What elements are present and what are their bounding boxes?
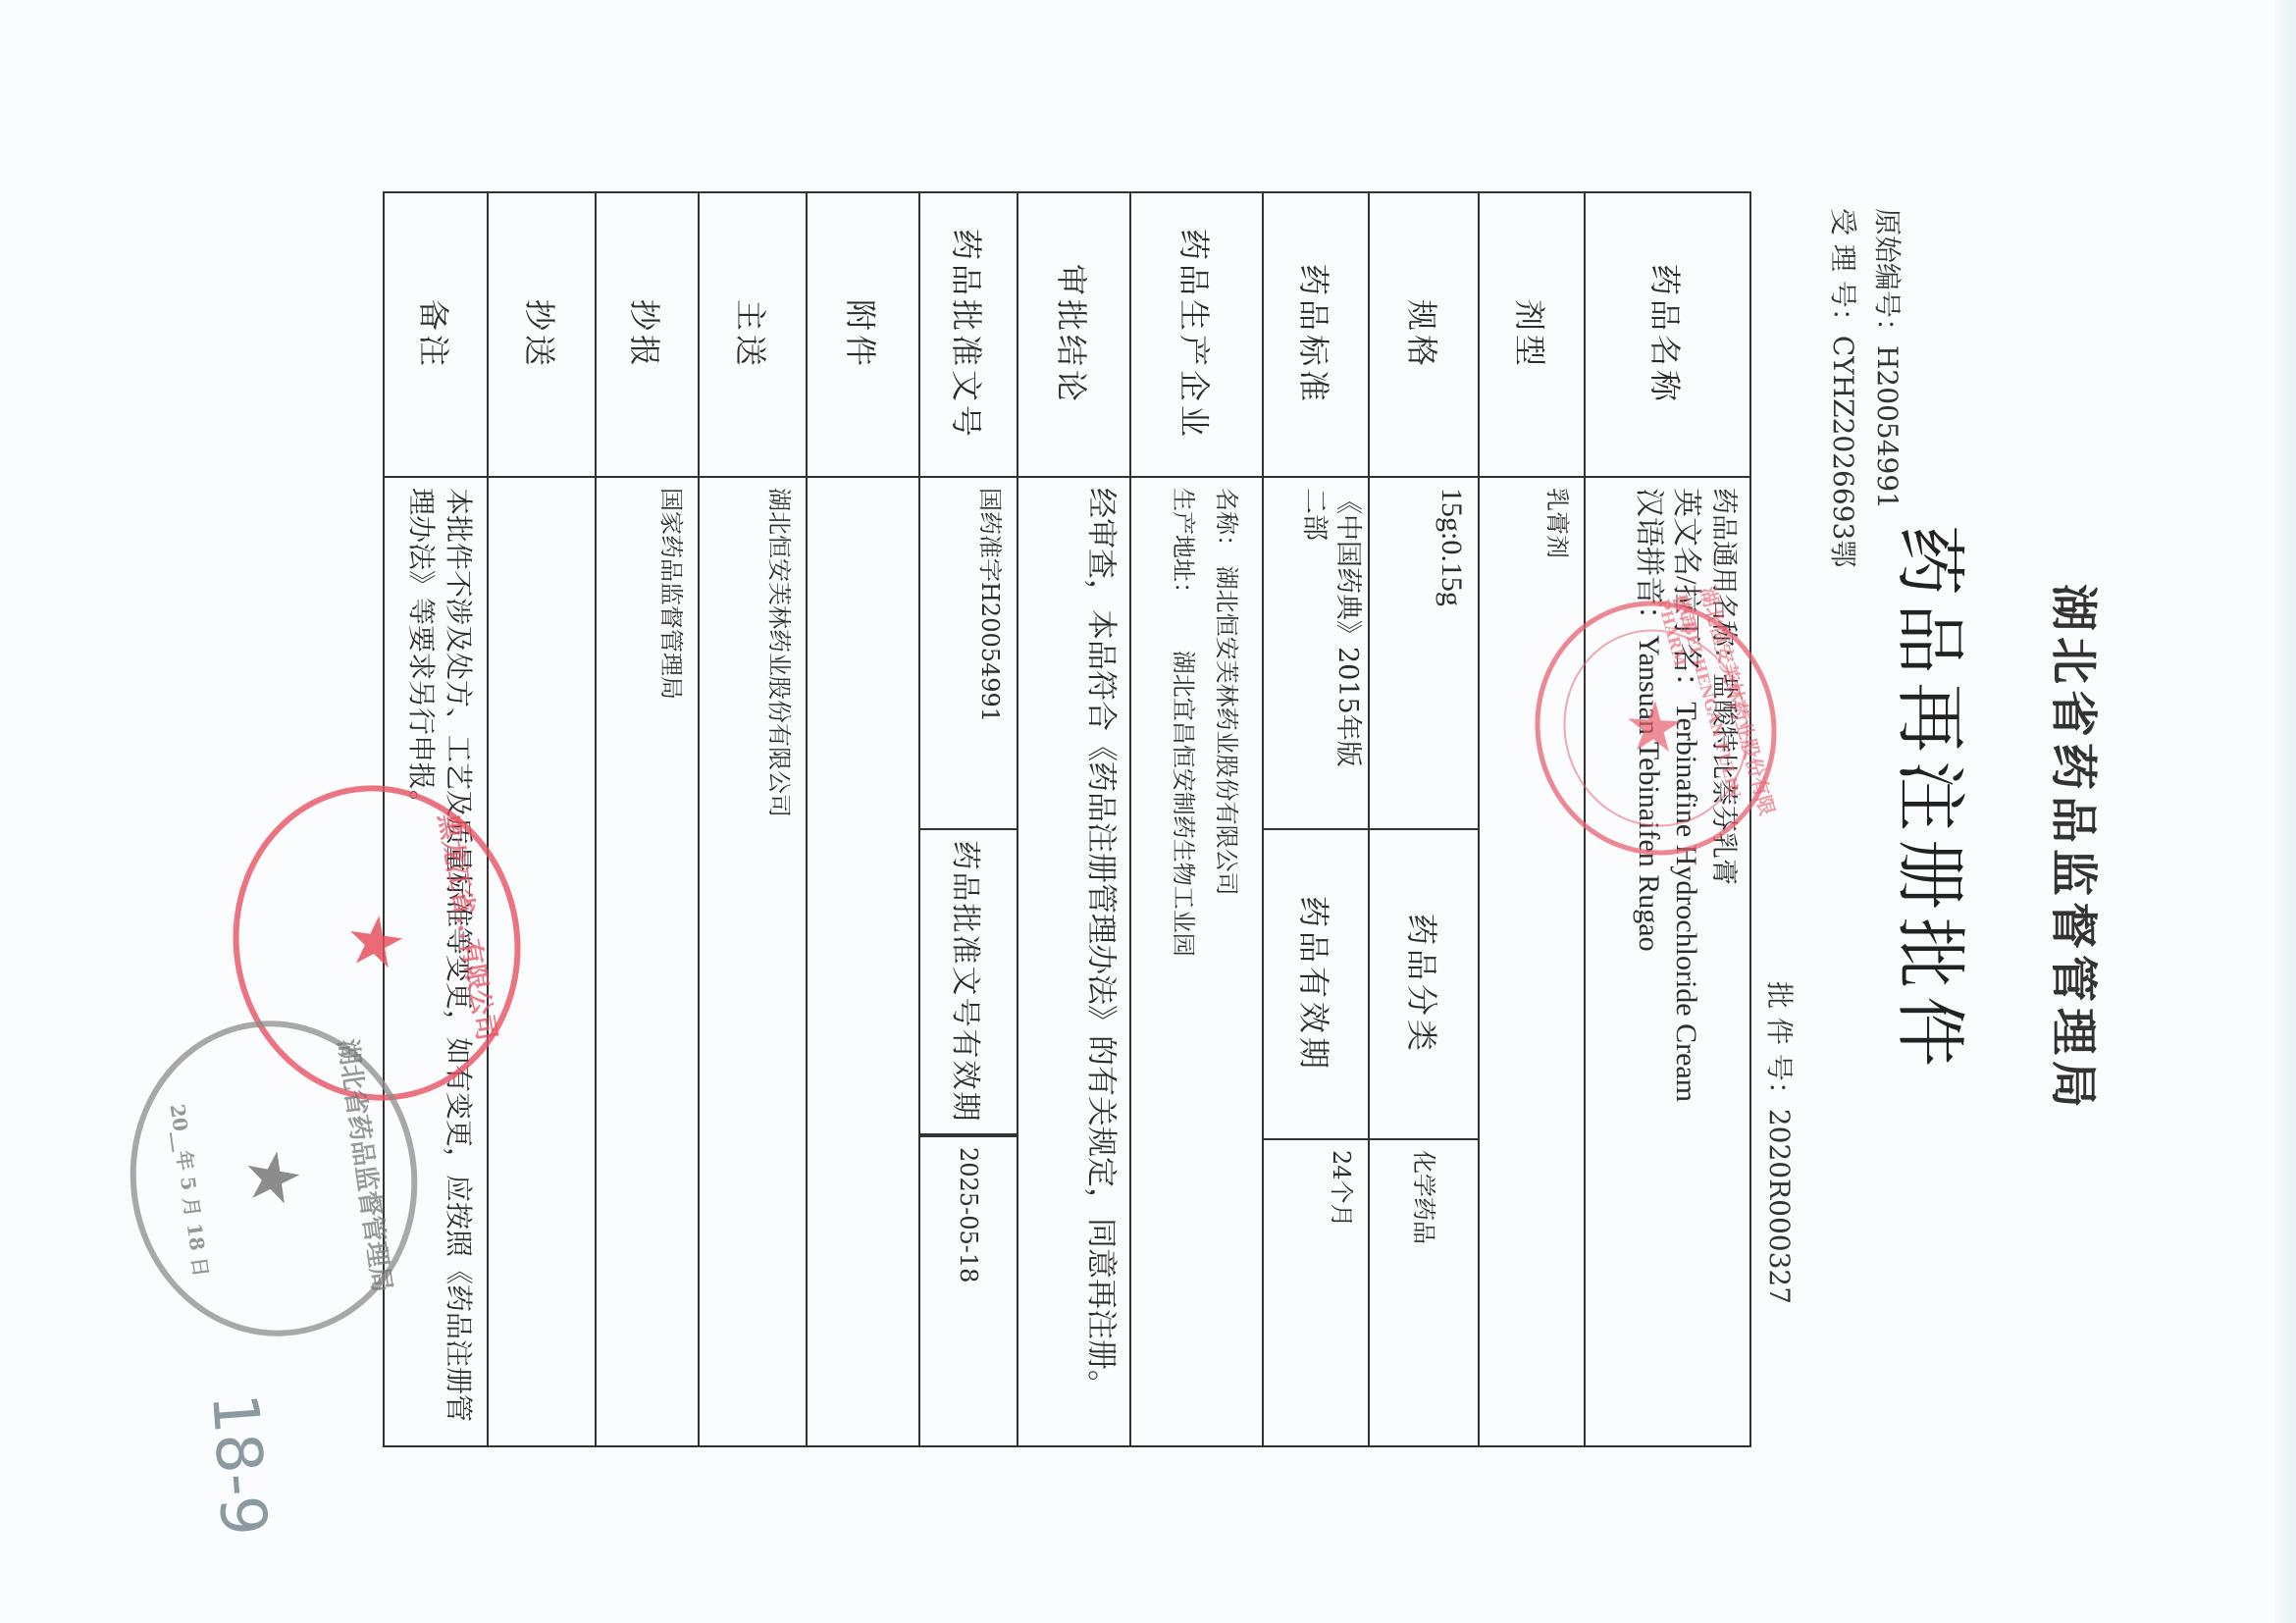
value-dosage-form: 乳膏剂: [1480, 478, 1584, 1445]
manufacturer-name: 名称： 湖北恒安芙林药业股份有限公司: [1205, 488, 1248, 896]
row-dosage-form: 剂型 乳膏剂: [1480, 193, 1586, 1445]
address-value: 湖北宜昌恒安制药生物工业园: [1170, 651, 1197, 957]
approval-document-number-value: 2020R000327: [1763, 1109, 1796, 1304]
value-drug-name: 药品通用名称：盐酸特比萘芬乳膏 英文名/拉丁名：Terbinafine Hydr…: [1586, 478, 1749, 1445]
standard-line-2: 二部: [1297, 488, 1331, 541]
row-attachment: 附件: [808, 193, 920, 1445]
label-drug-name: 药品名称: [1586, 193, 1749, 478]
row-manufacturer: 药品生产企业 名称： 湖北恒安芙林药业股份有限公司 生产地址： 湖北宜昌恒安制药…: [1131, 193, 1264, 1445]
manufacturer-address: 生产地址： 湖北宜昌恒安制药生物工业园: [1162, 488, 1205, 957]
label-drug-standard: 药品标准: [1264, 193, 1368, 478]
value-manufacturer: 名称： 湖北恒安芙林药业股份有限公司 生产地址： 湖北宜昌恒安制药生物工业园: [1131, 478, 1262, 1445]
label-shelf-life: 药品有效期: [1264, 828, 1368, 1140]
acceptance-number-value: CYHZ2026693鄂: [1827, 336, 1859, 567]
label-approval-validity: 药品批准文号有效期: [920, 828, 1017, 1135]
standard-line-1: 《中国药典》2015年版: [1331, 488, 1364, 767]
approval-document-number-label: 批 件 号：: [1763, 981, 1796, 1109]
row-approval-number: 药品批准文号 国药准字H20054991 药品批准文号有效期 2025-05-1…: [920, 193, 1018, 1445]
acceptance-number-label: 受 理 号：: [1827, 208, 1859, 336]
label-specification: 规格: [1370, 193, 1478, 478]
english-name: 英文名/拉丁名：Terbinafine Hydrochloride Cream: [1667, 488, 1704, 1102]
row-standard: 药品标准 《中国药典》2015年版 二部 药品有效期 24个月: [1264, 193, 1370, 1445]
address-label: 生产地址：: [1170, 488, 1197, 605]
value-main-recipient: 湖北恒安芙林药业股份有限公司: [700, 478, 806, 1445]
generic-name: 药品通用名称：盐酸特比萘芬乳膏: [1704, 488, 1742, 885]
value-report-to: 国家药品监督管理局: [597, 478, 698, 1445]
agency-seal-date: 20__年 5 月 18 日: [165, 1102, 217, 1279]
value-remarks: 本批件不涉及处方、工艺及质量标准等变更，如有变更，应按照《药品注册管理办法》等要…: [385, 478, 487, 1445]
value-approval-number: 国药准字H20054991: [920, 478, 1017, 828]
row-conclusion: 审批结论 经审查，本品符合《药品注册管理办法》的有关规定，同意再注册。: [1018, 193, 1131, 1445]
original-number: 原始编号：H20054991: [1869, 208, 1908, 509]
document-title: 药品再注册批件: [1885, 525, 1987, 1074]
label-report-to: 抄报: [597, 193, 698, 478]
agency-name: 湖北省药品监督管理局: [2044, 584, 2112, 1114]
row-remarks: 备注 本批件不涉及处方、工艺及质量标准等变更，如有变更，应按照《药品注册管理办法…: [385, 193, 489, 1445]
handwritten-page-mark: 18-9: [197, 1391, 280, 1539]
value-conclusion: 经审查，本品符合《药品注册管理办法》的有关规定，同意再注册。: [1018, 478, 1129, 1445]
value-shelf-life: 24个月: [1264, 1140, 1368, 1445]
value-drug-category: 化学药品: [1370, 1140, 1478, 1445]
document-page: 湖北省药品监督管理局 药品再注册批件 原始编号：H20054991 受 理 号：…: [0, 0, 2296, 1623]
value-attachment: [808, 478, 918, 1445]
row-copy-to: 抄送: [489, 193, 597, 1445]
label-drug-category: 药品分类: [1370, 828, 1478, 1140]
label-remarks: 备注: [385, 193, 487, 478]
label-attachment: 附件: [808, 193, 918, 478]
star-icon: ★: [235, 1143, 312, 1214]
label-copy-to: 抄送: [489, 193, 595, 478]
label-approval-number: 药品批准文号: [920, 193, 1017, 478]
pinyin-name: 汉语拼音：Yansuan Tebinaifen Rugao: [1630, 488, 1667, 952]
approval-document-number: 批 件 号：2020R000327: [1761, 981, 1800, 1304]
value-copy-to: [489, 478, 595, 1445]
value-drug-standard: 《中国药典》2015年版 二部: [1264, 478, 1368, 828]
row-main-recipient: 主送 湖北恒安芙林药业股份有限公司: [700, 193, 808, 1445]
row-specification: 规格 15g:0.15g 药品分类 化学药品: [1370, 193, 1480, 1445]
value-approval-validity: 2025-05-18: [920, 1135, 1017, 1445]
label-dosage-form: 剂型: [1480, 193, 1584, 478]
original-number-label: 原始编号：: [1871, 208, 1904, 345]
original-number-value: H20054991: [1871, 345, 1904, 509]
label-conclusion: 审批结论: [1018, 193, 1129, 478]
row-report-to: 抄报 国家药品监督管理局: [597, 193, 700, 1445]
value-specification: 15g:0.15g: [1370, 478, 1478, 828]
acceptance-number: 受 理 号：CYHZ2026693鄂: [1825, 208, 1864, 567]
row-drug-name: 药品名称 药品通用名称：盐酸特比萘芬乳膏 英文名/拉丁名：Terbinafine…: [1586, 193, 1749, 1445]
label-main-recipient: 主送: [700, 193, 806, 478]
label-manufacturer: 药品生产企业: [1131, 193, 1262, 478]
approval-table: 药品名称 药品通用名称：盐酸特比萘芬乳膏 英文名/拉丁名：Terbinafine…: [383, 191, 1751, 1447]
